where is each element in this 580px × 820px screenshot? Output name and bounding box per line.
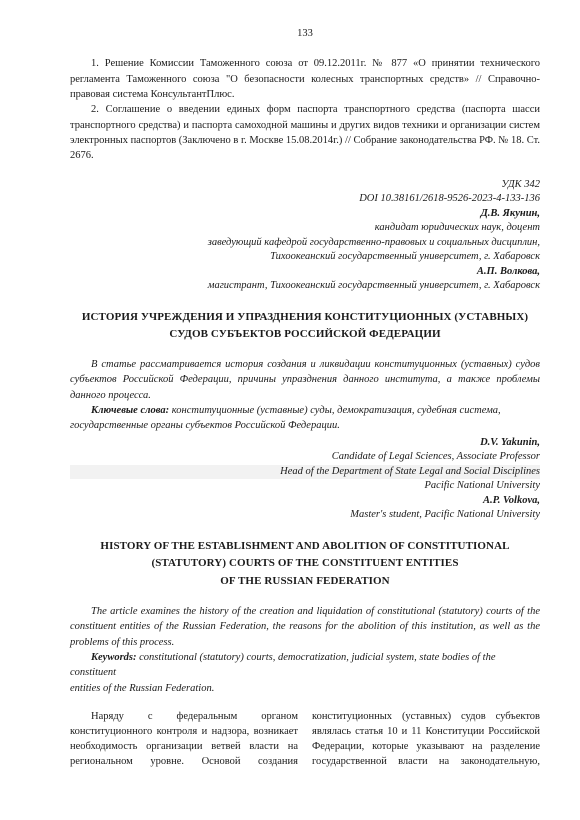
reference-item-2: 2. Соглашение о введении единых форм пас… <box>70 102 540 163</box>
article-title-ru-line2: СУДОВ СУБЪЕКТОВ РОССИЙСКОЙ ФЕДЕРАЦИИ <box>70 326 540 344</box>
author-name-en-2: A.P. Volkova, <box>70 494 540 508</box>
author-name-en-1: D.V. Yakunin, <box>70 436 540 450</box>
author-position-ru-1: заведующий кафедрой государственно-право… <box>70 236 540 250</box>
body-columns: Наряду с федеральным органом конституцио… <box>70 709 540 769</box>
keywords-ru-line2: государственные органы субъектов Российс… <box>70 418 540 433</box>
article-title-en-line1: HISTORY OF THE ESTABLISHMENT AND ABOLITI… <box>70 538 540 556</box>
article-meta-ru: УДК 342 DOI 10.38161/2618-9526-2023-4-13… <box>70 178 540 294</box>
abstract-en: The article examines the history of the … <box>70 604 540 650</box>
author-position-en-1: Head of the Department of State Legal an… <box>70 465 540 479</box>
udk-number: УДК 342 <box>70 178 540 192</box>
article-meta-en: D.V. Yakunin, Candidate of Legal Science… <box>70 436 540 523</box>
article-title-en-line2: (STATUTORY) COURTS OF THE CONSTITUENT EN… <box>70 555 540 573</box>
article-title-en: HISTORY OF THE ESTABLISHMENT AND ABOLITI… <box>70 538 540 591</box>
author-affiliation-ru-2: магистрант, Тихоокеанский государственны… <box>70 279 540 293</box>
keywords-en-line2: entities of the Russian Federation. <box>70 681 540 696</box>
article-title-ru-line1: ИСТОРИЯ УЧРЕЖДЕНИЯ И УПРАЗДНЕНИЯ КОНСТИТ… <box>70 309 540 327</box>
document-page: 133 1. Решение Комиссии Таможенного союз… <box>0 0 580 769</box>
article-title-ru: ИСТОРИЯ УЧРЕЖДЕНИЯ И УПРАЗДНЕНИЯ КОНСТИТ… <box>70 309 540 345</box>
doi-number: DOI 10.38161/2618-9526-2023-4-133-136 <box>70 192 540 206</box>
body-column-left: Наряду с федеральным органом конституцио… <box>70 709 298 769</box>
article-title-en-line3: OF THE RUSSIAN FEDERATION <box>70 573 540 591</box>
keywords-ru-line1: Ключевые слова: конституционные (уставны… <box>70 403 540 418</box>
author-name-ru-2: А.П. Волкова, <box>70 265 540 279</box>
keywords-ru-text: конституционные (уставные) суды, демокра… <box>169 405 501 416</box>
author-degree-en-1: Candidate of Legal Sciences, Associate P… <box>70 450 540 464</box>
author-affiliation-en-2: Master's student, Pacific National Unive… <box>70 508 540 522</box>
keywords-en-line1: Keywords: constitutional (statutory) cou… <box>70 650 540 681</box>
page-number: 133 <box>70 26 540 41</box>
keywords-ru: Ключевые слова: конституционные (уставны… <box>70 403 540 434</box>
author-degree-ru-1: кандидат юридических наук, доцент <box>70 221 540 235</box>
keywords-ru-label: Ключевые слова: <box>91 405 169 416</box>
author-name-ru-1: Д.В. Якунин, <box>70 207 540 221</box>
reference-item-1: 1. Решение Комиссии Таможенного союза от… <box>70 56 540 102</box>
keywords-en-label: Keywords: <box>91 652 137 663</box>
body-column-right: конституционных (уставных) судов субъект… <box>312 709 540 769</box>
author-affiliation-en-1: Pacific National University <box>70 479 540 493</box>
author-affiliation-ru-1: Тихоокеанский государственный университе… <box>70 250 540 264</box>
keywords-en: Keywords: constitutional (statutory) cou… <box>70 650 540 696</box>
abstract-ru: В статье рассматривается история создани… <box>70 357 540 403</box>
